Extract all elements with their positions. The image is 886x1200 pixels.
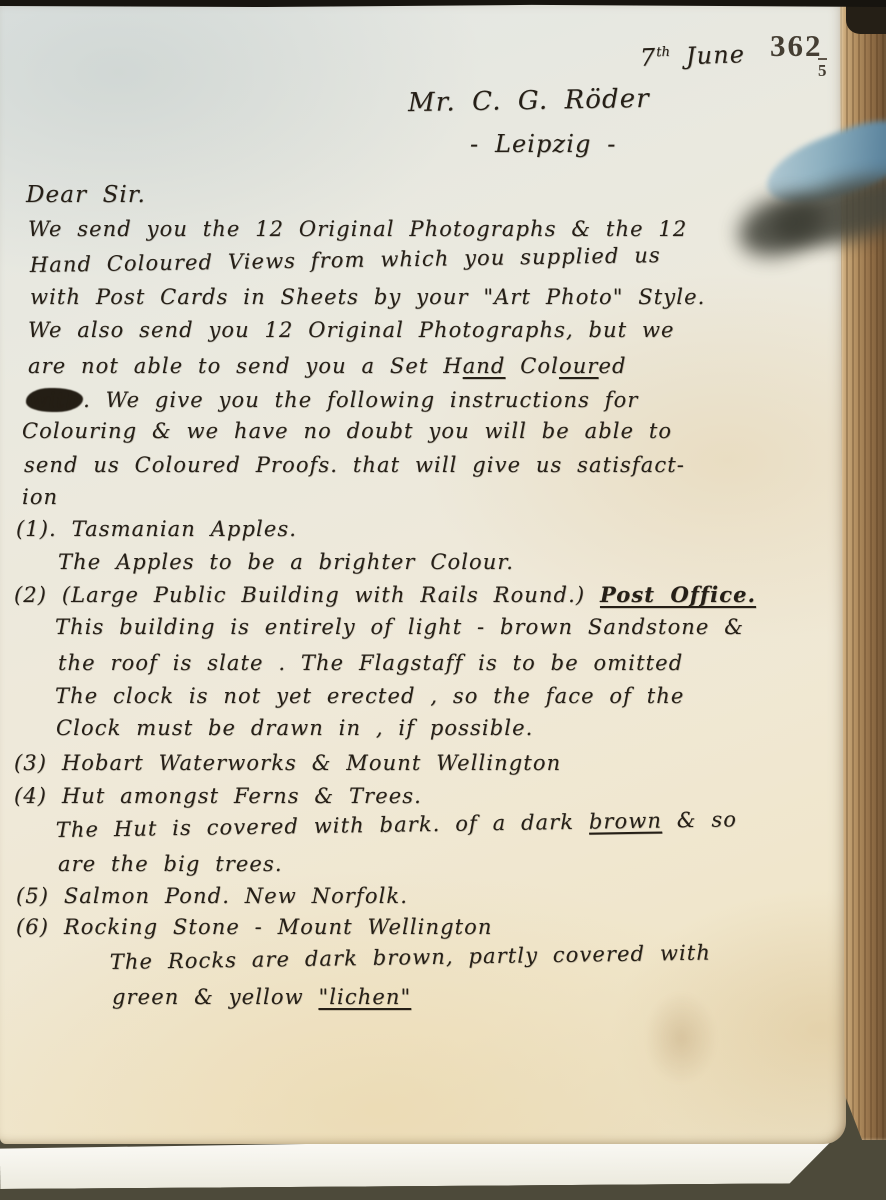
letter-line: green & yellow "lichen" — [112, 985, 411, 1009]
letter-line: send us Coloured Proofs. that will give … — [24, 453, 685, 477]
letter-line: Hand Coloured Views from which you suppl… — [30, 243, 661, 277]
letter-line: We send you the 12 Original Photographs … — [28, 217, 687, 241]
letter-line: The Rocks are dark brown, partly covered… — [110, 941, 712, 974]
photo-background: 362 5 7th June Mr. C. G. Röder - Leipzig… — [0, 0, 886, 1200]
letter-line: Colouring & we have no doubt you will be… — [22, 419, 672, 443]
letter-line: The clock is not yet erected , so the fa… — [55, 684, 684, 708]
letter-line: (5) Salmon Pond. New Norfolk. — [16, 884, 408, 908]
letter-line: Clock must be drawn in , if possible. — [56, 716, 533, 740]
letter-line: are not able to send you a Set Hand Colo… — [28, 354, 627, 378]
letter-line: ion — [22, 485, 58, 509]
letter-line: This building is entirely of light - bro… — [55, 615, 744, 639]
letter-line: (4) Hut amongst Ferns & Trees. — [14, 784, 422, 808]
letter-line: The Apples to be a brighter Colour. — [58, 550, 514, 574]
letter-line: (6) Rocking Stone - Mount Wellington — [16, 915, 493, 939]
letter-line: Dear Sir. — [26, 182, 146, 208]
letter-line: are the big trees. — [58, 852, 283, 876]
folio-sub-number: 5 — [818, 58, 827, 81]
letter-line: with. We give you the following instruct… — [26, 388, 639, 412]
letter-line: the roof is slate . The Flagstaff is to … — [58, 651, 683, 675]
place-line: - Leipzig - — [470, 130, 616, 158]
letter-line: (1). Tasmanian Apples. — [16, 517, 297, 541]
letter-line: (3) Hobart Waterworks & Mount Wellington — [14, 751, 561, 775]
letter-page: 362 5 7th June Mr. C. G. Röder - Leipzig… — [0, 4, 846, 1144]
book-page-edges — [840, 5, 886, 1140]
fingerprint-smudge — [645, 992, 717, 1084]
letter-line: The Hut is covered with bark. of a dark … — [56, 807, 738, 842]
folio-number: 362 5 — [770, 28, 823, 64]
folio-main: 362 — [770, 28, 823, 63]
letter-line: (2) (Large Public Building with Rails Ro… — [14, 582, 756, 607]
recipient-line: Mr. C. G. Röder — [408, 84, 650, 118]
date-line: 7th June — [640, 40, 746, 72]
letter-line: with Post Cards in Sheets by your "Art P… — [30, 285, 705, 309]
letter-line: We also send you 12 Original Photographs… — [28, 318, 675, 342]
